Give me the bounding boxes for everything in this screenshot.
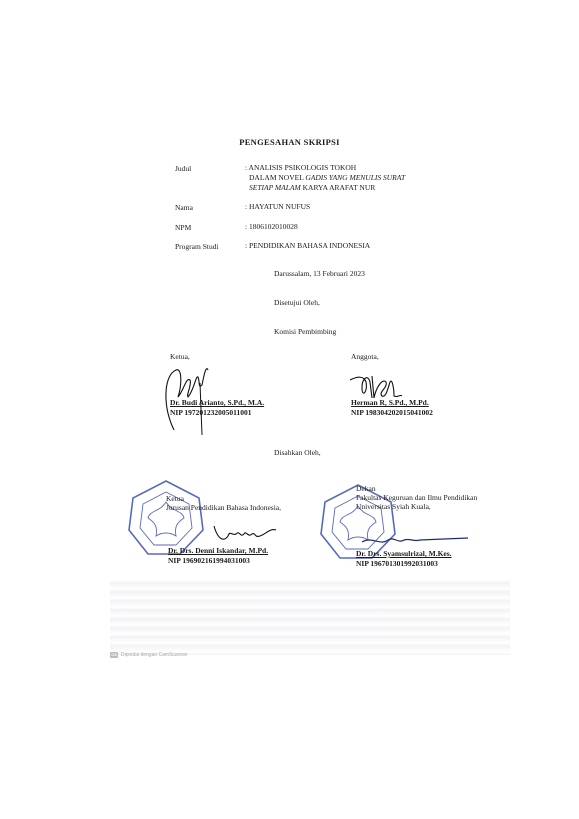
judul-line: DALAM NOVEL GADIS YANG MENULIS SURAT: [245, 173, 405, 183]
ratifier-left-name: Dr. Drs. Denni Iskandar, M.Pd.: [168, 546, 268, 555]
scan-bleed-through: [110, 580, 510, 655]
field-value-program-studi: : PENDIDIKAN BAHASA INDONESIA: [245, 241, 370, 251]
field-label-nama: Nama: [175, 203, 193, 212]
approved-by-label: Disetujui Oleh,: [274, 298, 320, 307]
ratifier-left-role-1: Ketua: [166, 494, 184, 503]
scanner-note: Dipindai dengan CamScanner: [121, 652, 188, 658]
advisor-member-name: Herman R, S.Pd., M.Pd.: [351, 398, 429, 407]
field-label-npm: NPM: [175, 223, 191, 232]
place-date: Darussalam, 13 Februari 2023: [274, 269, 365, 278]
ratifier-right-role-2: Fakultas Keguruan dan Ilmu Pendidikan: [356, 493, 477, 502]
ratifier-right-role-1: Dekan: [356, 484, 376, 493]
document-title: PENGESAHAN SKRIPSI: [0, 137, 579, 147]
field-label-judul: Judul: [175, 164, 191, 173]
ratifier-right-role-3: Universitas Syiah Kuala,: [356, 502, 431, 511]
committee-label: Komisi Pembimbing: [274, 327, 336, 336]
signature-left-icon: [210, 522, 280, 546]
ratifier-right-name: Dr. Drs. Syamsulrizal, M.Kes.: [356, 549, 452, 558]
advisor-chair-nip: NIP 197201232005011001: [170, 408, 251, 417]
advisor-chair-name: Dr. Budi Arianto, S.Pd., M.A.: [170, 398, 264, 407]
camscanner-logo-icon: CS: [110, 652, 118, 658]
field-value-nama: : HAYATUN NUFUS: [245, 202, 310, 212]
ratified-by-label: Disahkan Oleh,: [274, 448, 321, 457]
judul-line: : ANALISIS PSIKOLOGIS TOKOH: [245, 163, 405, 173]
field-label-program-studi: Program Studi: [175, 242, 219, 251]
ratifier-left-role-2: Jurusan Pendidikan Bahasa Indonesia,: [166, 503, 281, 512]
field-value-npm: : 1806102010028: [245, 222, 298, 232]
scanner-watermark: CS Dipindai dengan CamScanner: [110, 652, 188, 658]
signature-right-icon: [360, 530, 470, 550]
judul-line: SETIAP MALAM KARYA ARAFAT NUR: [245, 183, 405, 193]
field-value-judul: : ANALISIS PSIKOLOGIS TOKOHDALAM NOVEL G…: [245, 163, 405, 193]
advisor-member-role: Anggota,: [351, 352, 379, 361]
ratifier-left-nip: NIP 196902161994031003: [168, 556, 250, 565]
advisor-member-nip: NIP 198304202015041002: [351, 408, 433, 417]
signature-chair-icon: [160, 355, 220, 435]
ratifier-right-nip: NIP 196701301992031003: [356, 559, 438, 568]
